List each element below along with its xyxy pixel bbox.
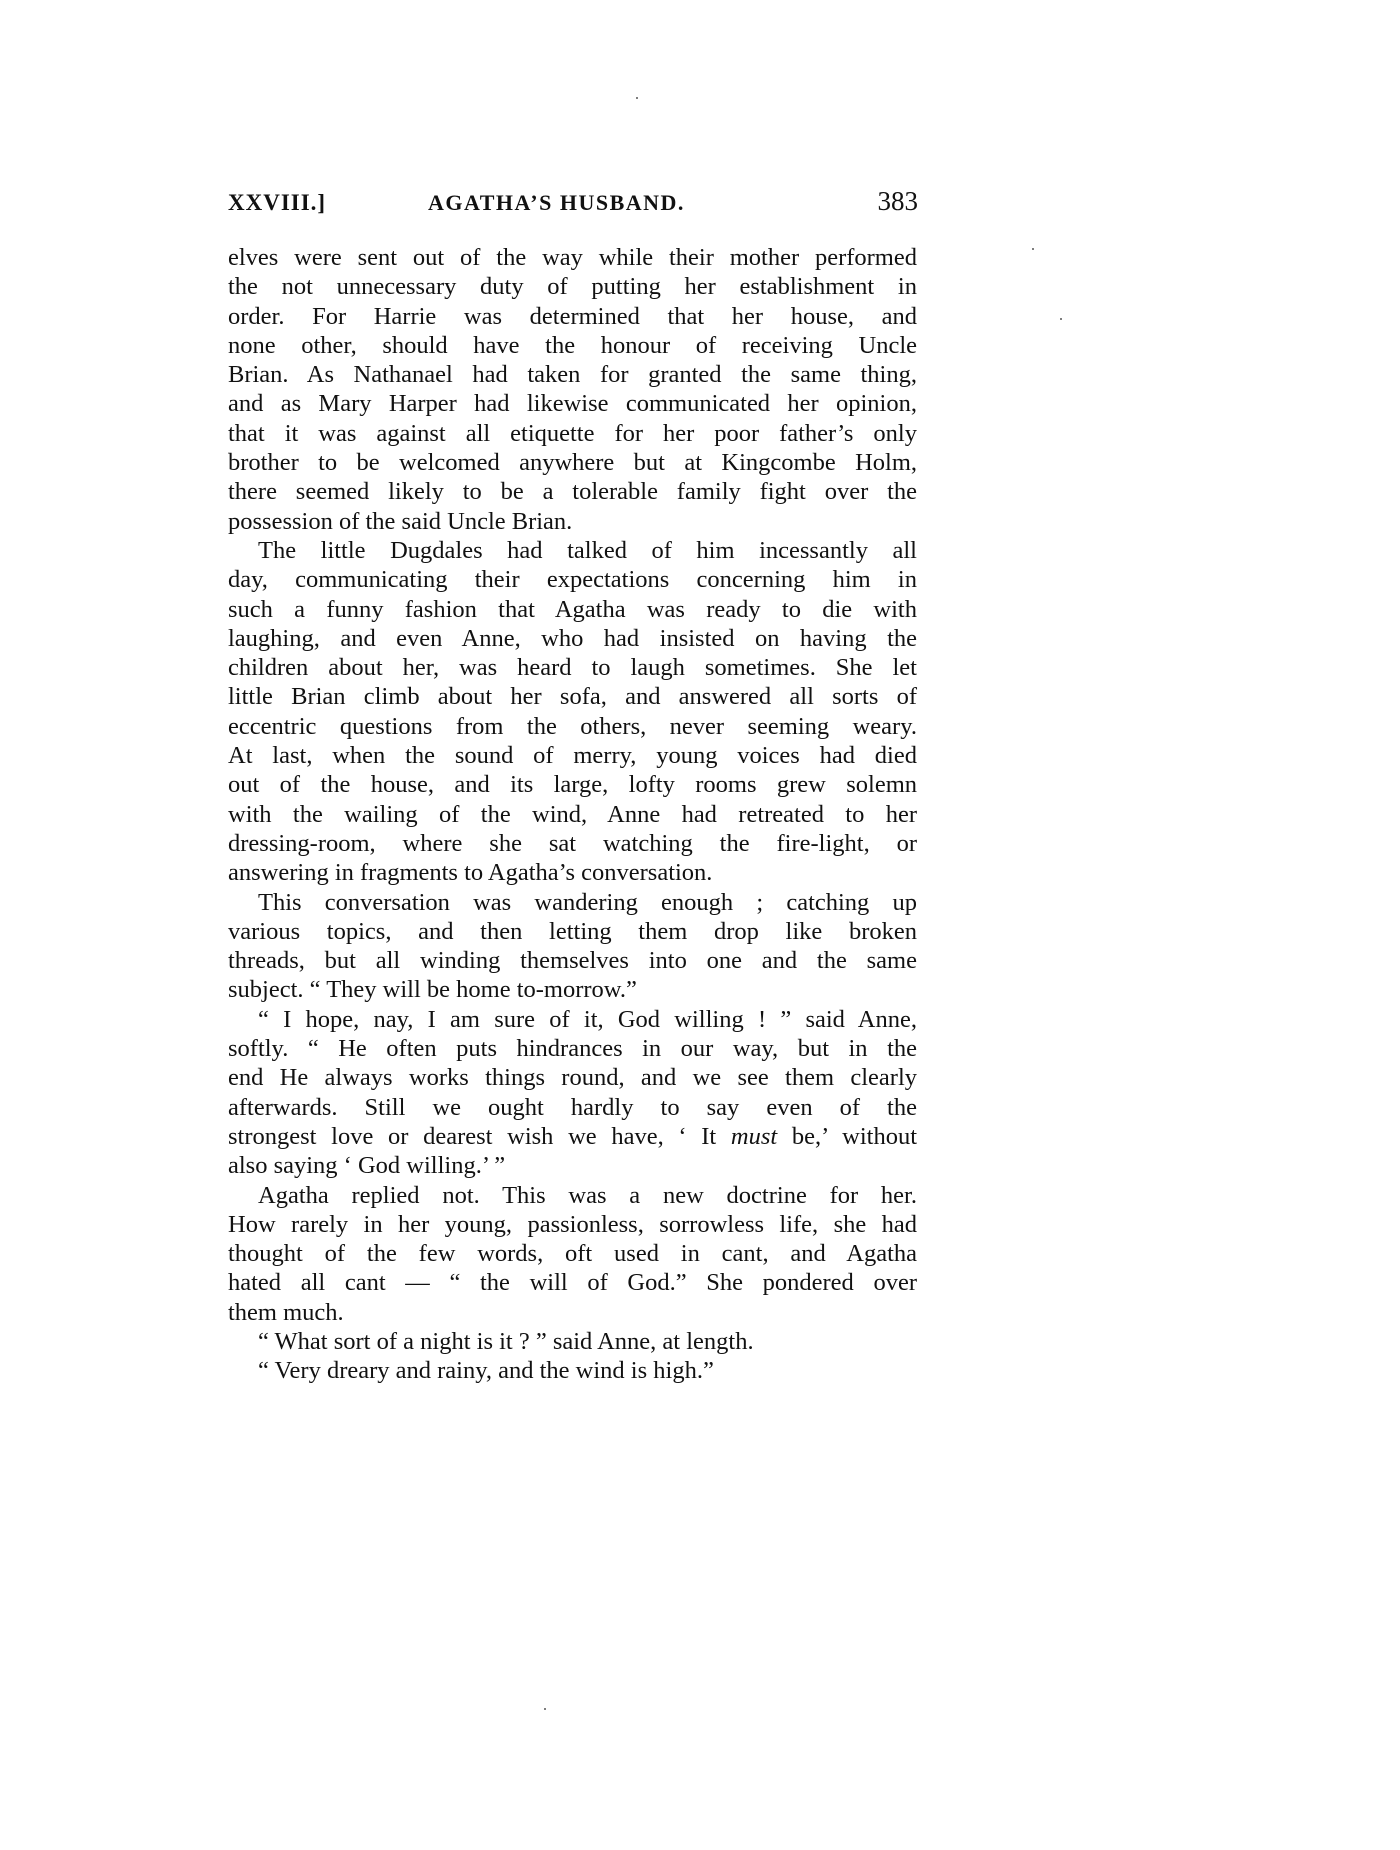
text-line: that it was against all etiquette for he… bbox=[228, 419, 917, 448]
text-line: “ What sort of a night is it ? ” said An… bbox=[228, 1327, 917, 1356]
text-segment: be,’ without bbox=[777, 1123, 917, 1150]
text-line: At last, when the sound of merry, young … bbox=[228, 741, 917, 770]
text-line: and as Mary Harper had likewise communic… bbox=[228, 389, 917, 418]
text-line: children about her, was heard to laugh s… bbox=[228, 653, 917, 682]
text-line: out of the house, and its large, lofty r… bbox=[228, 770, 917, 799]
text-line: “ Very dreary and rainy, and the wind is… bbox=[228, 1356, 917, 1385]
text-line: possession of the said Uncle Brian. bbox=[228, 507, 917, 536]
text-line: How rarely in her young, passionless, so… bbox=[228, 1210, 917, 1239]
text-line: little Brian climb about her sofa, and a… bbox=[228, 682, 917, 711]
text-line: hated all cant — “ the will of God.” She… bbox=[228, 1268, 917, 1297]
text-line: elves were sent out of the way while the… bbox=[228, 243, 917, 272]
text-line: The little Dugdales had talked of him in… bbox=[228, 536, 917, 565]
scan-speck bbox=[636, 97, 638, 99]
text-line: threads, but all winding themselves into… bbox=[228, 946, 917, 975]
text-line: with the wailing of the wind, Anne had r… bbox=[228, 800, 917, 829]
text-line: answering in fragments to Agatha’s conve… bbox=[228, 858, 917, 887]
scan-speck bbox=[1060, 318, 1062, 320]
text-line: eccentric questions from the others, nev… bbox=[228, 712, 917, 741]
text-line: order. For Harrie was determined that he… bbox=[228, 302, 917, 331]
scan-speck bbox=[1032, 248, 1034, 250]
page-number: 383 bbox=[878, 186, 919, 217]
text-line: strongest love or dearest wish we have, … bbox=[228, 1122, 917, 1151]
text-line: thought of the few words, oft used in ca… bbox=[228, 1239, 917, 1268]
text-line: afterwards. Still we ought hardly to say… bbox=[228, 1093, 917, 1122]
text-line: Agatha replied not. This was a new doctr… bbox=[228, 1181, 917, 1210]
running-title: AGATHA’S HUSBAND. bbox=[428, 190, 685, 216]
text-line: “ I hope, nay, I am sure of it, God will… bbox=[228, 1005, 917, 1034]
text-line: such a funny fashion that Agatha was rea… bbox=[228, 595, 917, 624]
text-line: none other, should have the honour of re… bbox=[228, 331, 917, 360]
text-segment: strongest love or dearest wish we have, … bbox=[228, 1123, 731, 1150]
text-line: subject. “ They will be home to-morrow.” bbox=[228, 975, 917, 1004]
scan-speck bbox=[544, 1708, 546, 1710]
text-line: softly. “ He often puts hindrances in ou… bbox=[228, 1034, 917, 1063]
text-line: Brian. As Nathanael had taken for grante… bbox=[228, 360, 917, 389]
text-line: the not unnecessary duty of putting her … bbox=[228, 272, 917, 301]
text-line: brother to be welcomed anywhere but at K… bbox=[228, 448, 917, 477]
text-line: various topics, and then letting them dr… bbox=[228, 917, 917, 946]
text-line: dressing-room, where she sat watching th… bbox=[228, 829, 917, 858]
running-head: XXVIII.] AGATHA’S HUSBAND. 383 bbox=[228, 186, 918, 220]
text-line: there seemed likely to be a tolerable fa… bbox=[228, 477, 917, 506]
text-line: This conversation was wandering enough ;… bbox=[228, 888, 917, 917]
italic-emphasis: must bbox=[731, 1123, 777, 1150]
text-line: end He always works things round, and we… bbox=[228, 1063, 917, 1092]
text-line: day, communicating their expectations co… bbox=[228, 565, 917, 594]
text-line: laughing, and even Anne, who had insiste… bbox=[228, 624, 917, 653]
chapter-number: XXVIII.] bbox=[228, 190, 326, 216]
text-line: them much. bbox=[228, 1298, 917, 1327]
text-line: also saying ‘ God willing.’ ” bbox=[228, 1151, 917, 1180]
book-page: XXVIII.] AGATHA’S HUSBAND. 383 elves wer… bbox=[0, 0, 1400, 1850]
body-text: elves were sent out of the way while the… bbox=[228, 243, 917, 1386]
